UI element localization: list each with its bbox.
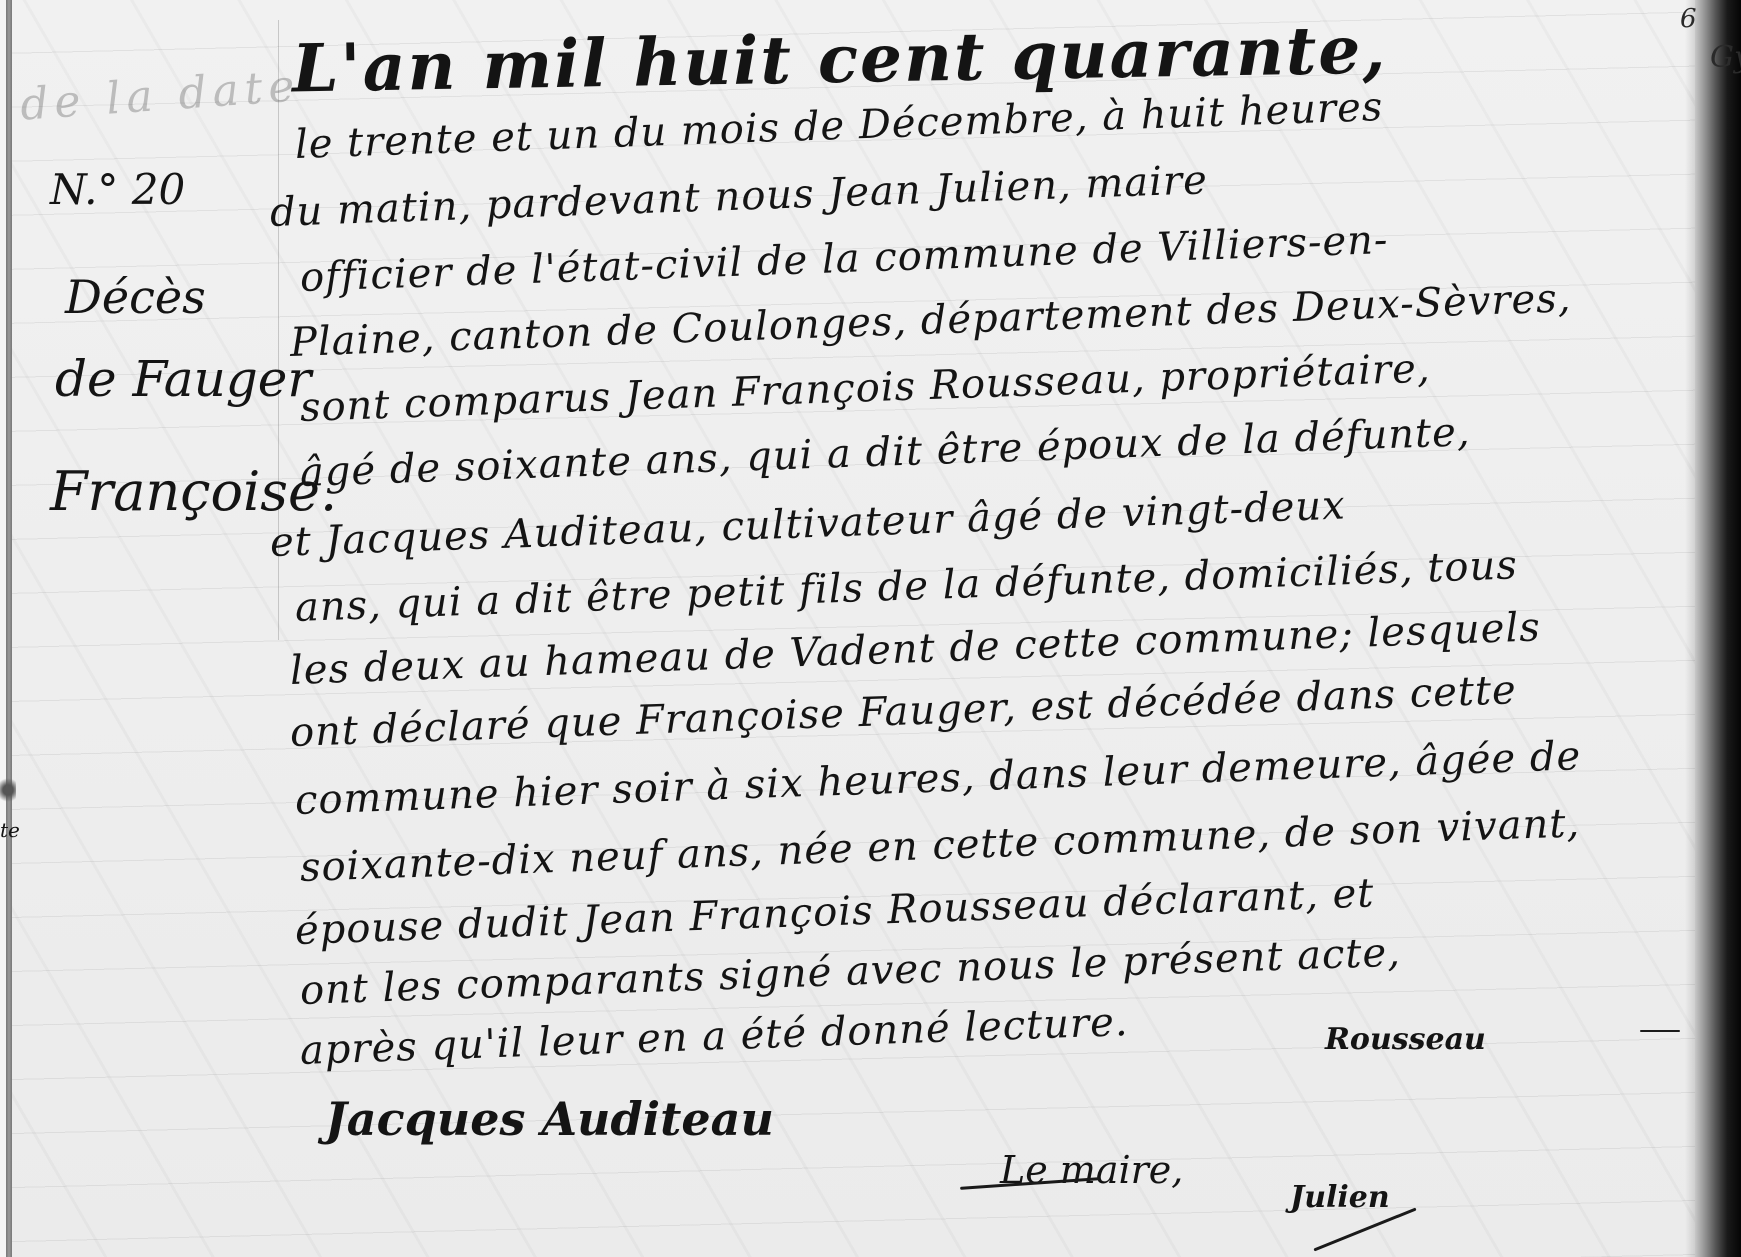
page-right-edge	[1695, 0, 1741, 1257]
signature-auditeau: Jacques Auditeau	[325, 1092, 774, 1146]
line-end-dash	[1640, 1030, 1680, 1032]
register-page: de la date 6 Gy L'an mil huit cent quara…	[0, 0, 1741, 1257]
margin-forename: Françoise.	[50, 460, 337, 523]
margin-entry-number: N.° 20	[50, 165, 185, 214]
mayor-label: Le maire,	[1000, 1148, 1183, 1192]
margin-fragment: te	[0, 818, 20, 842]
margin-surname: de Fauger	[55, 350, 311, 408]
folio-mark-secondary: Gy	[1710, 40, 1741, 75]
binding-line	[6, 0, 12, 1257]
ink-blot	[0, 775, 16, 805]
page-gutter-shadow	[1685, 0, 1695, 1257]
folio-mark: 6	[1680, 4, 1697, 34]
signature-mayor: Julien	[1290, 1180, 1390, 1215]
signature-rousseau: Rousseau	[1325, 1022, 1486, 1057]
margin-entry-title: Décès	[65, 270, 206, 324]
